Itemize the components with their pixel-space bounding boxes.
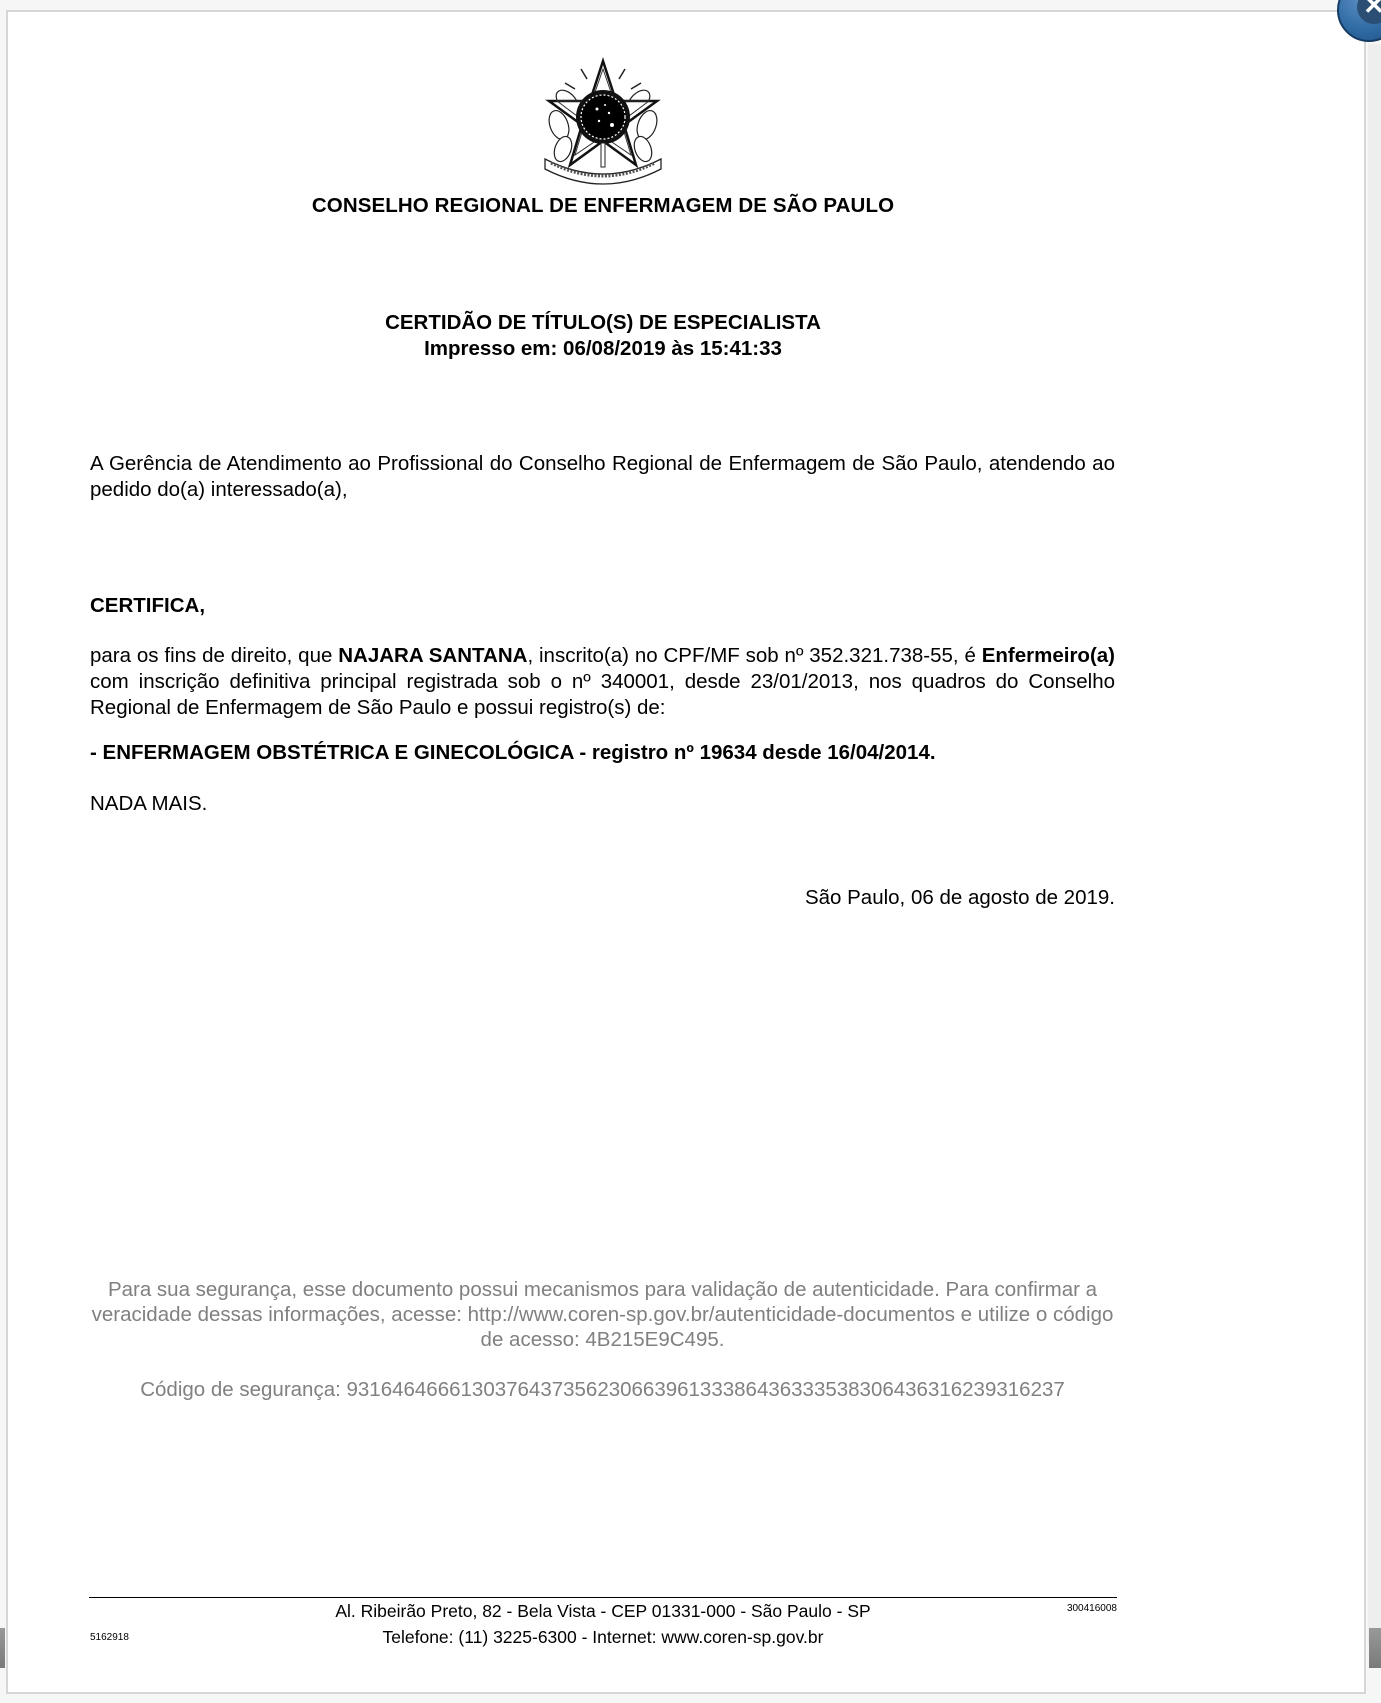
right-gutter [1368,44,1381,1644]
main-middle: , inscrito(a) no CPF/MF sob nº 352.321.7… [527,644,981,667]
closing-text: NADA MAIS. [90,791,1115,817]
brazil-coat-of-arms-icon [537,55,669,187]
organization-title: CONSELHO REGIONAL DE ENFERMAGEM DE SÃO P… [0,194,1206,218]
footer-reference-code: 5162918 [90,1632,129,1643]
intro-paragraph: A Gerência de Atendimento ao Profissiona… [90,451,1115,503]
security-notice: Para sua segurança, esse documento possu… [90,1277,1115,1352]
footer-document-code: 300416008 [1040,1603,1117,1614]
footer-divider [89,1597,1117,1598]
security-code: Código de segurança: 9316464666130376437… [90,1378,1115,1402]
certificate-title: CERTIDÃO DE TÍTULO(S) DE ESPECIALISTA [0,310,1206,336]
document-page [6,10,1366,1694]
place-date: São Paulo, 06 de agosto de 2019. [90,886,1115,910]
certifica-heading: CERTIFICA, [90,593,1115,619]
professional-name: NAJARA SANTANA [338,644,527,667]
close-icon: ✕ [1357,0,1381,24]
footer-contact: Telefone: (11) 3225-6300 - Internet: www… [89,1627,1117,1648]
scrollbar-thumb-left[interactable] [0,1628,5,1668]
main-suffix: com inscrição definitiva principal regis… [90,670,1115,719]
certification-paragraph: para os fins de direito, que NAJARA SANT… [90,643,1115,721]
printed-timestamp: Impresso em: 06/08/2019 às 15:41:33 [0,336,1206,362]
certificate-heading: CERTIDÃO DE TÍTULO(S) DE ESPECIALISTA Im… [0,310,1206,362]
professional-category: Enfermeiro(a) [982,644,1115,667]
scrollbar-thumb-right[interactable] [1369,1628,1381,1668]
main-prefix: para os fins de direito, que [90,644,338,667]
footer-address: Al. Ribeirão Preto, 82 - Bela Vista - CE… [89,1601,1117,1622]
specialty-registration: - ENFERMAGEM OBSTÉTRICA E GINECOLÓGICA -… [90,740,1115,766]
